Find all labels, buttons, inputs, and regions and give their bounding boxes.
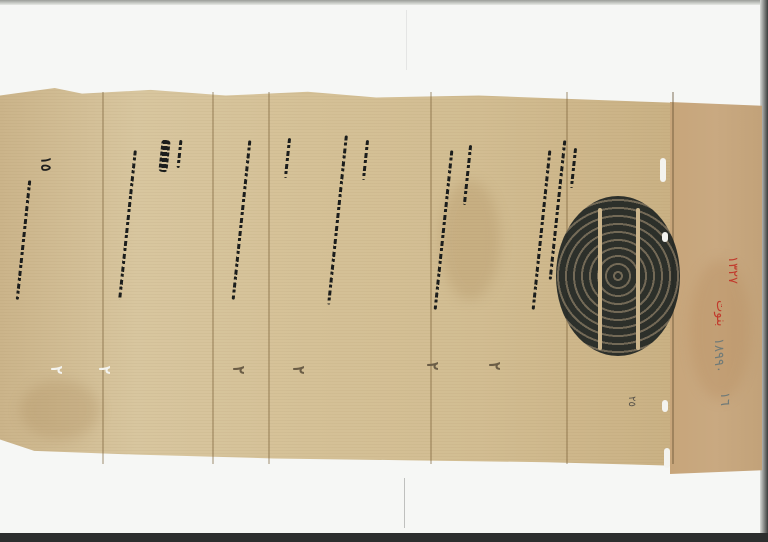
backing-crease [406, 10, 407, 70]
paper-hole [664, 448, 670, 468]
seal-divider [636, 208, 640, 350]
fold-line [102, 92, 104, 464]
closing-numeral: ١٥ [38, 156, 54, 171]
red-annotation: بنوت [713, 300, 728, 327]
line-mark: ٢ [230, 366, 246, 375]
scan-bottom-edge [0, 533, 768, 542]
line-mark: ٢ [486, 362, 502, 371]
line-mark: ٢ [424, 362, 440, 371]
fold-line [212, 92, 214, 464]
pencil-folio: ١٦ [717, 392, 732, 406]
ink-seal [556, 196, 680, 356]
pencil-annotation: ١٨٩٩٠ [711, 338, 726, 373]
red-catalog-number: ١٣٢٧ [725, 256, 740, 284]
water-stain [440, 180, 500, 300]
water-stain [20, 380, 100, 440]
paper-hole [660, 158, 666, 182]
fold-line [430, 92, 432, 464]
line-mark: ٢ [96, 366, 112, 375]
scan-top-edge [0, 0, 768, 5]
line-mark: ٢ [290, 366, 306, 375]
backing-crease [404, 478, 405, 528]
folio-mark: ٢٥ [626, 396, 637, 407]
paper-hole [662, 400, 668, 412]
fold-line [268, 92, 270, 464]
line-mark: ٢ [48, 366, 64, 375]
paper-hole [662, 232, 668, 242]
seal-divider [598, 208, 602, 350]
water-stain [690, 260, 750, 400]
